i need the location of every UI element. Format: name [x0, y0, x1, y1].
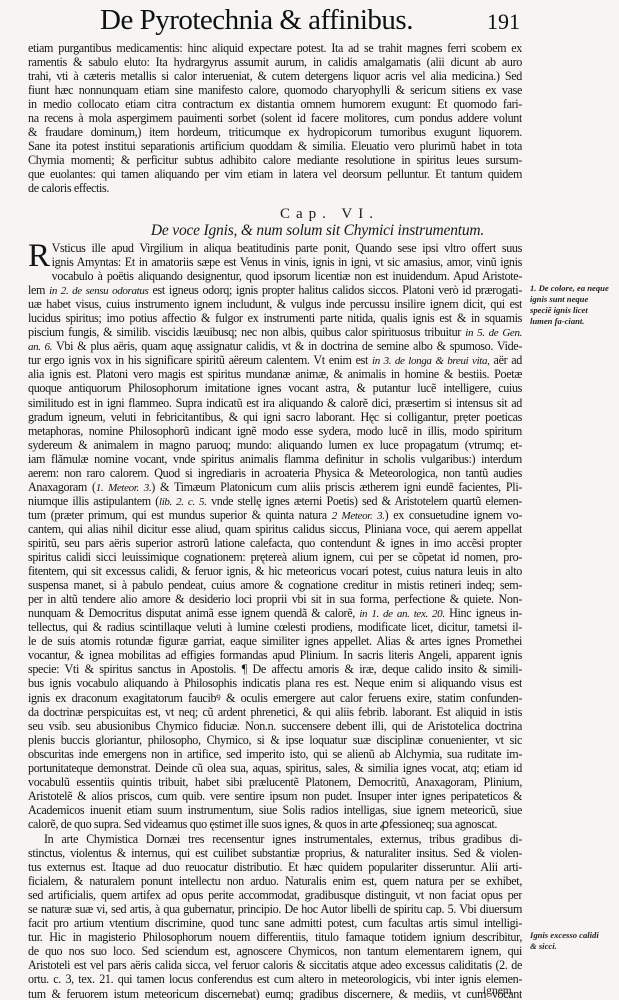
text-line: spiritus calidi sicci leuissimique cogna… [28, 550, 522, 564]
text-line: similitudo est in igni flammeo. Supra in… [28, 396, 522, 410]
roman-text: ) ex consuetudine ignem vo- [385, 508, 522, 522]
roman-text: tellectus, qui & radius scintillaque vel… [28, 620, 522, 634]
roman-text: spiritũ, seu pars aëris superior astrorũ… [28, 536, 522, 550]
roman-text: alia ignis est. Platoni vero magis est s… [28, 367, 522, 381]
catchword: ignem [483, 985, 512, 997]
text-line: spiritũ, seu pars aëris superior astrorũ… [28, 536, 522, 550]
text-line: plenis buccis gloriantur, philosopho, Ch… [28, 733, 522, 747]
roman-text: spiritus calidi sicci leuissimique cogna… [28, 550, 522, 564]
roman-text: seu vsib. seu abusionibus Chymico fiduci… [28, 719, 522, 733]
text-line: cantem, qui alias nihil dicitur esse ali… [28, 522, 522, 536]
text-line: vocabulo à poëtis aliquando designentur,… [52, 269, 522, 283]
roman-text: Vbi & plus aëris, quam aquę assignatur c… [52, 339, 522, 353]
citation-italic: in 3. de longa & breui vita, [372, 355, 490, 367]
roman-text: Anaxagoram ( [28, 480, 96, 494]
roman-text: iam flãmulæ nomine vocant, vnde spiritus… [28, 452, 522, 466]
second-paragraph: In arte Chymistica Dornæi tres recensent… [28, 832, 522, 1000]
text-line: Aristotelẽ & alios priscos, cum quib. ve… [28, 789, 522, 803]
text-line: da doctrinæ perspicuitas est, vt neq; cũ… [28, 705, 522, 719]
text-line: per in altũ tendere alio amore & desider… [28, 592, 522, 606]
text-line: alia ignis est. Platoni vero magis est s… [28, 367, 522, 381]
roman-text: ignis Amyntas: Et in amatoriis sæpe est … [52, 255, 522, 269]
roman-text: tur ergo ignis vox in his significare sp… [28, 353, 372, 367]
roman-text: Hinc igneus in- [445, 606, 522, 620]
margin-note: Ignis excesso calidi & sicci. [530, 930, 600, 952]
text-line: uæ habet visus, cuius instrumento ignem … [28, 297, 522, 311]
chapter-title: De voce Ignis, & num solum sit Chymici i… [8, 222, 619, 240]
drop-cap: R [28, 242, 50, 270]
roman-text: da doctrinæ perspicuitas est, vt neq; cũ… [28, 705, 522, 719]
text-line: ortu. c. 3, tex. 21. qui tamen locus con… [28, 972, 522, 986]
main-text: R Vsticus ille apud Virgilium in aliqua … [28, 241, 522, 831]
chapter-number: Cap. VI. [20, 206, 619, 223]
roman-text: niumque illis astipulantem ( [28, 494, 159, 508]
roman-text: vocabulũ essentiis quintis tribuit, habe… [28, 775, 522, 789]
roman-text: cantem, qui alias nihil dicitur esse ali… [28, 522, 522, 536]
text-line: vocantur, & ignea mobilitas ad effigies … [28, 648, 522, 662]
text-line: de caloris effectis. [28, 181, 522, 195]
text-line: Vsticus ille apud Virgilium in aliqua be… [52, 241, 522, 255]
roman-text: similitudo est in igni flammeo. Supra in… [28, 396, 522, 410]
text-line: gradum igneum, veluti in febricitantibus… [28, 410, 522, 424]
roman-text: Academicos inuenit etiam suum instrument… [28, 803, 522, 817]
text-line: fiunt hæc nonnunquam etiam sine manifest… [28, 83, 522, 97]
roman-text: vnde stellę ignes æterni Poetis) sed & A… [207, 494, 522, 508]
text-line: & fraudare dominum,) item hordeum, triti… [28, 125, 522, 139]
text-line: aerem: non raro calorem. Quod si ingredi… [28, 466, 522, 480]
text-line: In arte Chymistica Dornæi tres recensent… [28, 832, 522, 846]
text-line: Sane ita potest institui separationis ar… [28, 139, 522, 153]
roman-text: per in altũ tendere alio amore & desider… [28, 592, 522, 606]
roman-text: portunitateque demonstrat. Deinde cũ ole… [28, 761, 522, 775]
text-line: tur. Hic in magisterio Philosophorum nou… [28, 930, 522, 944]
text-line: lem in 2. de sensu odoratus est igneus o… [28, 283, 522, 297]
citation-italic: lib. 2. c. 5. [159, 496, 207, 508]
citation-italic: an. 6. [28, 341, 52, 353]
text-line: de quo nos suo loco. Sed sciendum est, a… [28, 944, 522, 958]
page-number: 191 [487, 9, 520, 35]
roman-text: Aristotelẽ & alios priscos, cum quib. ve… [28, 789, 522, 803]
text-line: seu vsib. seu abusionibus Chymico fiduci… [28, 719, 522, 733]
text-line: suspensa manet, si à pabulo pendeat, cui… [28, 578, 522, 592]
roman-text: obscuritas inde emergens non in artifice… [28, 747, 522, 761]
text-line: se naturæ suæ vi, sed artis, à qua guber… [28, 902, 522, 916]
text-line: fitentem, qui sit excessus calidi, & fer… [28, 564, 522, 578]
text-line: portunitateque demonstrat. Deinde cũ ole… [28, 761, 522, 775]
citation-italic: in 2. de sensu odoratus [49, 285, 148, 297]
text-line: metaphoras, nomine Philosophorũ indicant… [28, 424, 522, 438]
text-line: an. 6. Vbi & plus aëris, quam aquę assig… [28, 339, 522, 353]
roman-text: specie: Vti & spiritus sanctus in Aposto… [28, 662, 522, 676]
text-line: Aristoteli est vel pars aëris calida sic… [28, 958, 522, 972]
roman-text: uæ habet visus, cuius instrumento ignem … [28, 297, 522, 311]
roman-text: vocantur, & ignea mobilitas ad effigies … [28, 648, 522, 662]
roman-text: calorẽ, de quo supra. Sed videamus quo ę… [28, 817, 497, 831]
margin-note: 1. De colore, ea neque ignis sunt neque … [530, 283, 610, 327]
text-line: sydereum & animalem in magno paruoq; mun… [28, 438, 522, 452]
text-line: in medio collocato etiam citra contractu… [28, 97, 522, 111]
text-line: iam flãmulæ nomine vocant, vnde spiritus… [28, 452, 522, 466]
text-line: que euolantes: qui tamen aliquando per v… [28, 167, 522, 181]
text-line: calorẽ, de quo supra. Sed videamus quo ę… [28, 817, 522, 831]
roman-text: metaphoras, nomine Philosophorũ indicant… [28, 424, 522, 438]
text-line: facit pro artium vtentium discrimine, qu… [28, 916, 522, 930]
citation-italic: 1. Meteor. 3. [96, 482, 152, 494]
text-line: ficialem, & naturalem ponunt intellectu … [28, 874, 522, 888]
roman-text: ) & Timæum Platonicum cum aliis priscis … [151, 480, 522, 494]
text-line: tellectus, qui & radius scintillaque vel… [28, 620, 522, 634]
text-line: piscium fungis, & similib. viscidis læui… [28, 325, 522, 339]
text-line: vocabulũ essentiis quintis tribuit, habe… [28, 775, 522, 789]
roman-text: est igneus odorq; ignis propter halitus … [148, 283, 522, 297]
text-line: nunquam & Democritus disputat animã esse… [28, 606, 522, 620]
book-page: De Pyrotechnia & affinibus. 191 etiam pu… [0, 0, 619, 1000]
text-line: le de suis atomis rotundæ figuræ garriat… [28, 634, 522, 648]
text-line: tur ergo ignis vox in his significare sp… [28, 353, 522, 367]
text-line: obscuritas inde emergens non in artifice… [28, 747, 522, 761]
text-line: ramentis & sabulo eluto: Ita hydrargyrus… [28, 55, 522, 69]
citation-italic: in 1. de an. tex. 20. [359, 608, 444, 620]
roman-text: tum (præter primum, qui est mundus super… [28, 508, 332, 522]
text-line: tus externus est. Itaque ad duo reuocatu… [28, 860, 522, 874]
text-line: na recens à mola aspergimem pauimenti so… [28, 111, 522, 125]
roman-text: piscium fungis, & similib. viscidis læui… [28, 325, 465, 339]
text-line: etiam purgantibus medicamentis: hinc ali… [28, 41, 522, 55]
roman-text: le de suis atomis rotundæ figuræ garriat… [28, 634, 522, 648]
text-line: trahi, vti à cæteris metallis si calor i… [28, 69, 522, 83]
roman-text: suspensa manet, si à pabulo pendeat, cui… [28, 578, 522, 592]
roman-text: Vsticus ille apud Virgilium in aliqua be… [52, 241, 522, 255]
running-head: De Pyrotechnia & affinibus. 191 [100, 4, 520, 37]
roman-text: sydereum & animalem in magno paruoq; mun… [28, 438, 522, 452]
citation-italic: in 5. de Gen. [465, 327, 522, 339]
text-line: bus ignis vocabulo aliquando à Philosoph… [28, 676, 522, 690]
text-line: specie: Vti & spiritus sanctus in Aposto… [28, 662, 522, 676]
text-line: sed artificialis, quem artifex ad opus p… [28, 888, 522, 902]
text-line: Academicos inuenit etiam suum instrument… [28, 803, 522, 817]
roman-text: lem [28, 283, 49, 297]
text-line: Anaxagoram (1. Meteor. 3.) & Timæum Plat… [28, 480, 522, 494]
roman-text: plenis buccis gloriantur, philosopho, Ch… [28, 733, 522, 747]
roman-text: ignis ex draconum exagitatorum faucibꝰ &… [28, 691, 522, 705]
text-line: tum & feruorem istum meteoricum discerne… [28, 987, 522, 1000]
citation-italic: 2 Meteor. 3. [332, 510, 385, 522]
roman-text: quoque antiquorum Philosophorum imitatio… [28, 381, 522, 395]
roman-text: gradum igneum, veluti in febricitantibus… [28, 410, 522, 424]
text-line: stinctus, violentus & internus, qui est … [28, 846, 522, 860]
text-line: tum (præter primum, qui est mundus super… [28, 508, 522, 522]
roman-text: fitentem, qui sit excessus calidi, & fer… [28, 564, 522, 578]
top-paragraph: etiam purgantibus medicamentis: hinc ali… [28, 41, 522, 196]
roman-text: lucidus spiritus; imo potius affectio & … [28, 311, 522, 325]
roman-text: aër ad [490, 353, 522, 367]
running-title: De Pyrotechnia & affinibus. [100, 4, 413, 37]
text-line: ignis Amyntas: Et in amatoriis sæpe est … [52, 255, 522, 269]
roman-text: vocabulo à poëtis aliquando designentur,… [52, 269, 522, 283]
roman-text: nunquam & Democritus disputat animã esse… [28, 606, 359, 620]
text-line: ignis ex draconum exagitatorum faucibꝰ &… [28, 691, 522, 705]
text-line: niumque illis astipulantem (lib. 2. c. 5… [28, 494, 522, 508]
text-line: Chymia momenti; & perficitur subtus adhi… [28, 153, 522, 167]
text-line: lucidus spiritus; imo potius affectio & … [28, 311, 522, 325]
roman-text: bus ignis vocabulo aliquando à Philosoph… [28, 676, 522, 690]
roman-text: aerem: non raro calorem. Quod si ingredi… [28, 466, 522, 480]
text-line: quoque antiquorum Philosophorum imitatio… [28, 381, 522, 395]
